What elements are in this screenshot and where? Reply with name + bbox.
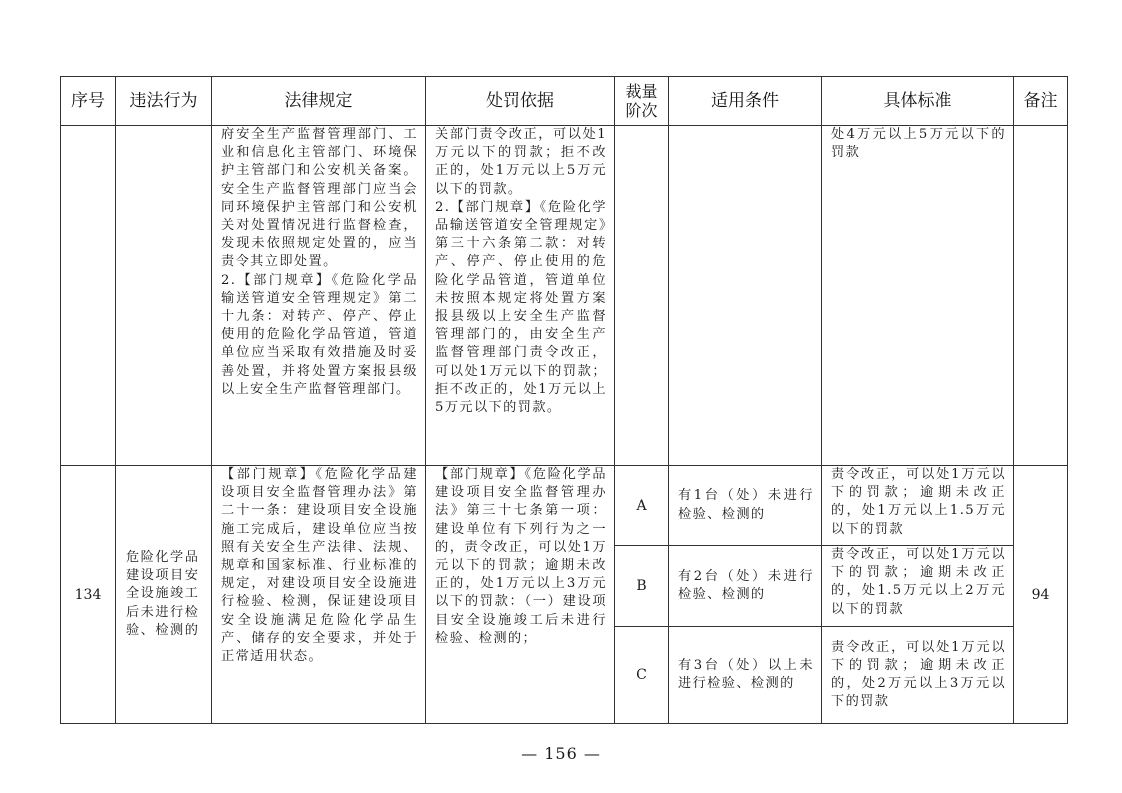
table-row-continued: 府安全生产监督管理部门、工业和信息化主管部门、环境保护主管部门和公安机关备案。安… <box>61 126 1068 466</box>
cell-level-b: B <box>615 546 669 627</box>
header-standard: 具体标准 <box>822 77 1014 126</box>
cell-standard-b: 责令改正，可以处1万元以下的罚款；逾期未改正的，处1.5万元以上2万元以下的罚款 <box>822 546 1014 627</box>
cell-condition-c: 有3台（处）以上未进行检验、检测的 <box>669 627 822 724</box>
cell-condition-b: 有2台（处）未进行检验、检测的 <box>669 546 822 627</box>
cell-behavior: 危险化学品建设项目安全设施竣工后未进行检验、检测的 <box>116 466 212 724</box>
law-paragraph: 府安全生产监督管理部门、工业和信息化主管部门、环境保护主管部门和公安机关备案。安… <box>221 126 418 272</box>
cell-note: 94 <box>1014 466 1068 724</box>
cell-basis: 【部门规章】《危险化学品建设项目安全监督管理办法》第三十七条第一项：建设单位有下… <box>426 466 615 724</box>
cell-condition-a: 有1台（处）未进行检验、检测的 <box>669 466 822 546</box>
cell-standard-a: 责令改正，可以处1万元以下的罚款；逾期未改正的，处1万元以上1.5万元以下的罚款 <box>822 466 1014 546</box>
page-number: — 156 — <box>0 744 1122 763</box>
header-law: 法律规定 <box>212 77 426 126</box>
cell-standard: 处4万元以上5万元以下的罚款 <box>822 126 1014 466</box>
header-seq: 序号 <box>61 77 116 126</box>
basis-paragraph: 2.【部门规章】《危险化学品输送管道安全管理规定》第三十六条第二款：对转产、停产… <box>435 199 607 417</box>
cell-standard-c: 责令改正，可以处1万元以下的罚款；逾期未改正的，处2万元以上3万元以下的罚款 <box>822 627 1014 724</box>
cell-seq <box>61 126 116 466</box>
cell-seq: 134 <box>61 466 116 724</box>
header-behavior: 违法行为 <box>116 77 212 126</box>
header-note: 备注 <box>1014 77 1068 126</box>
header-condition: 适用条件 <box>669 77 822 126</box>
cell-note <box>1014 126 1068 466</box>
cell-behavior <box>116 126 212 466</box>
cell-level <box>615 126 669 466</box>
cell-condition <box>669 126 822 466</box>
cell-level-c: C <box>615 627 669 724</box>
cell-level-a: A <box>615 466 669 546</box>
table-row-134-a: 134 危险化学品建设项目安全设施竣工后未进行检验、检测的 【部门规章】《危险化… <box>61 466 1068 546</box>
cell-law: 【部门规章】《危险化学品建设项目安全监督管理办法》第二十一条：建设项目安全设施施… <box>212 466 426 724</box>
penalty-discretion-table: 序号 违法行为 法律规定 处罚依据 裁量阶次 适用条件 具体标准 备注 府安全生… <box>60 76 1068 724</box>
table-header-row: 序号 违法行为 法律规定 处罚依据 裁量阶次 适用条件 具体标准 备注 <box>61 77 1068 126</box>
basis-paragraph: 关部门责令改正，可以处1万元以下的罚款；拒不改正的，处1万元以上5万元以下的罚款… <box>435 126 607 199</box>
law-paragraph: 2.【部门规章】《危险化学品输送管道安全管理规定》第二十九条：对转产、停产、停止… <box>221 272 418 399</box>
header-basis: 处罚依据 <box>426 77 615 126</box>
cell-basis: 关部门责令改正，可以处1万元以下的罚款；拒不改正的，处1万元以上5万元以下的罚款… <box>426 126 615 466</box>
cell-law: 府安全生产监督管理部门、工业和信息化主管部门、环境保护主管部门和公安机关备案。安… <box>212 126 426 466</box>
header-level: 裁量阶次 <box>615 77 669 126</box>
